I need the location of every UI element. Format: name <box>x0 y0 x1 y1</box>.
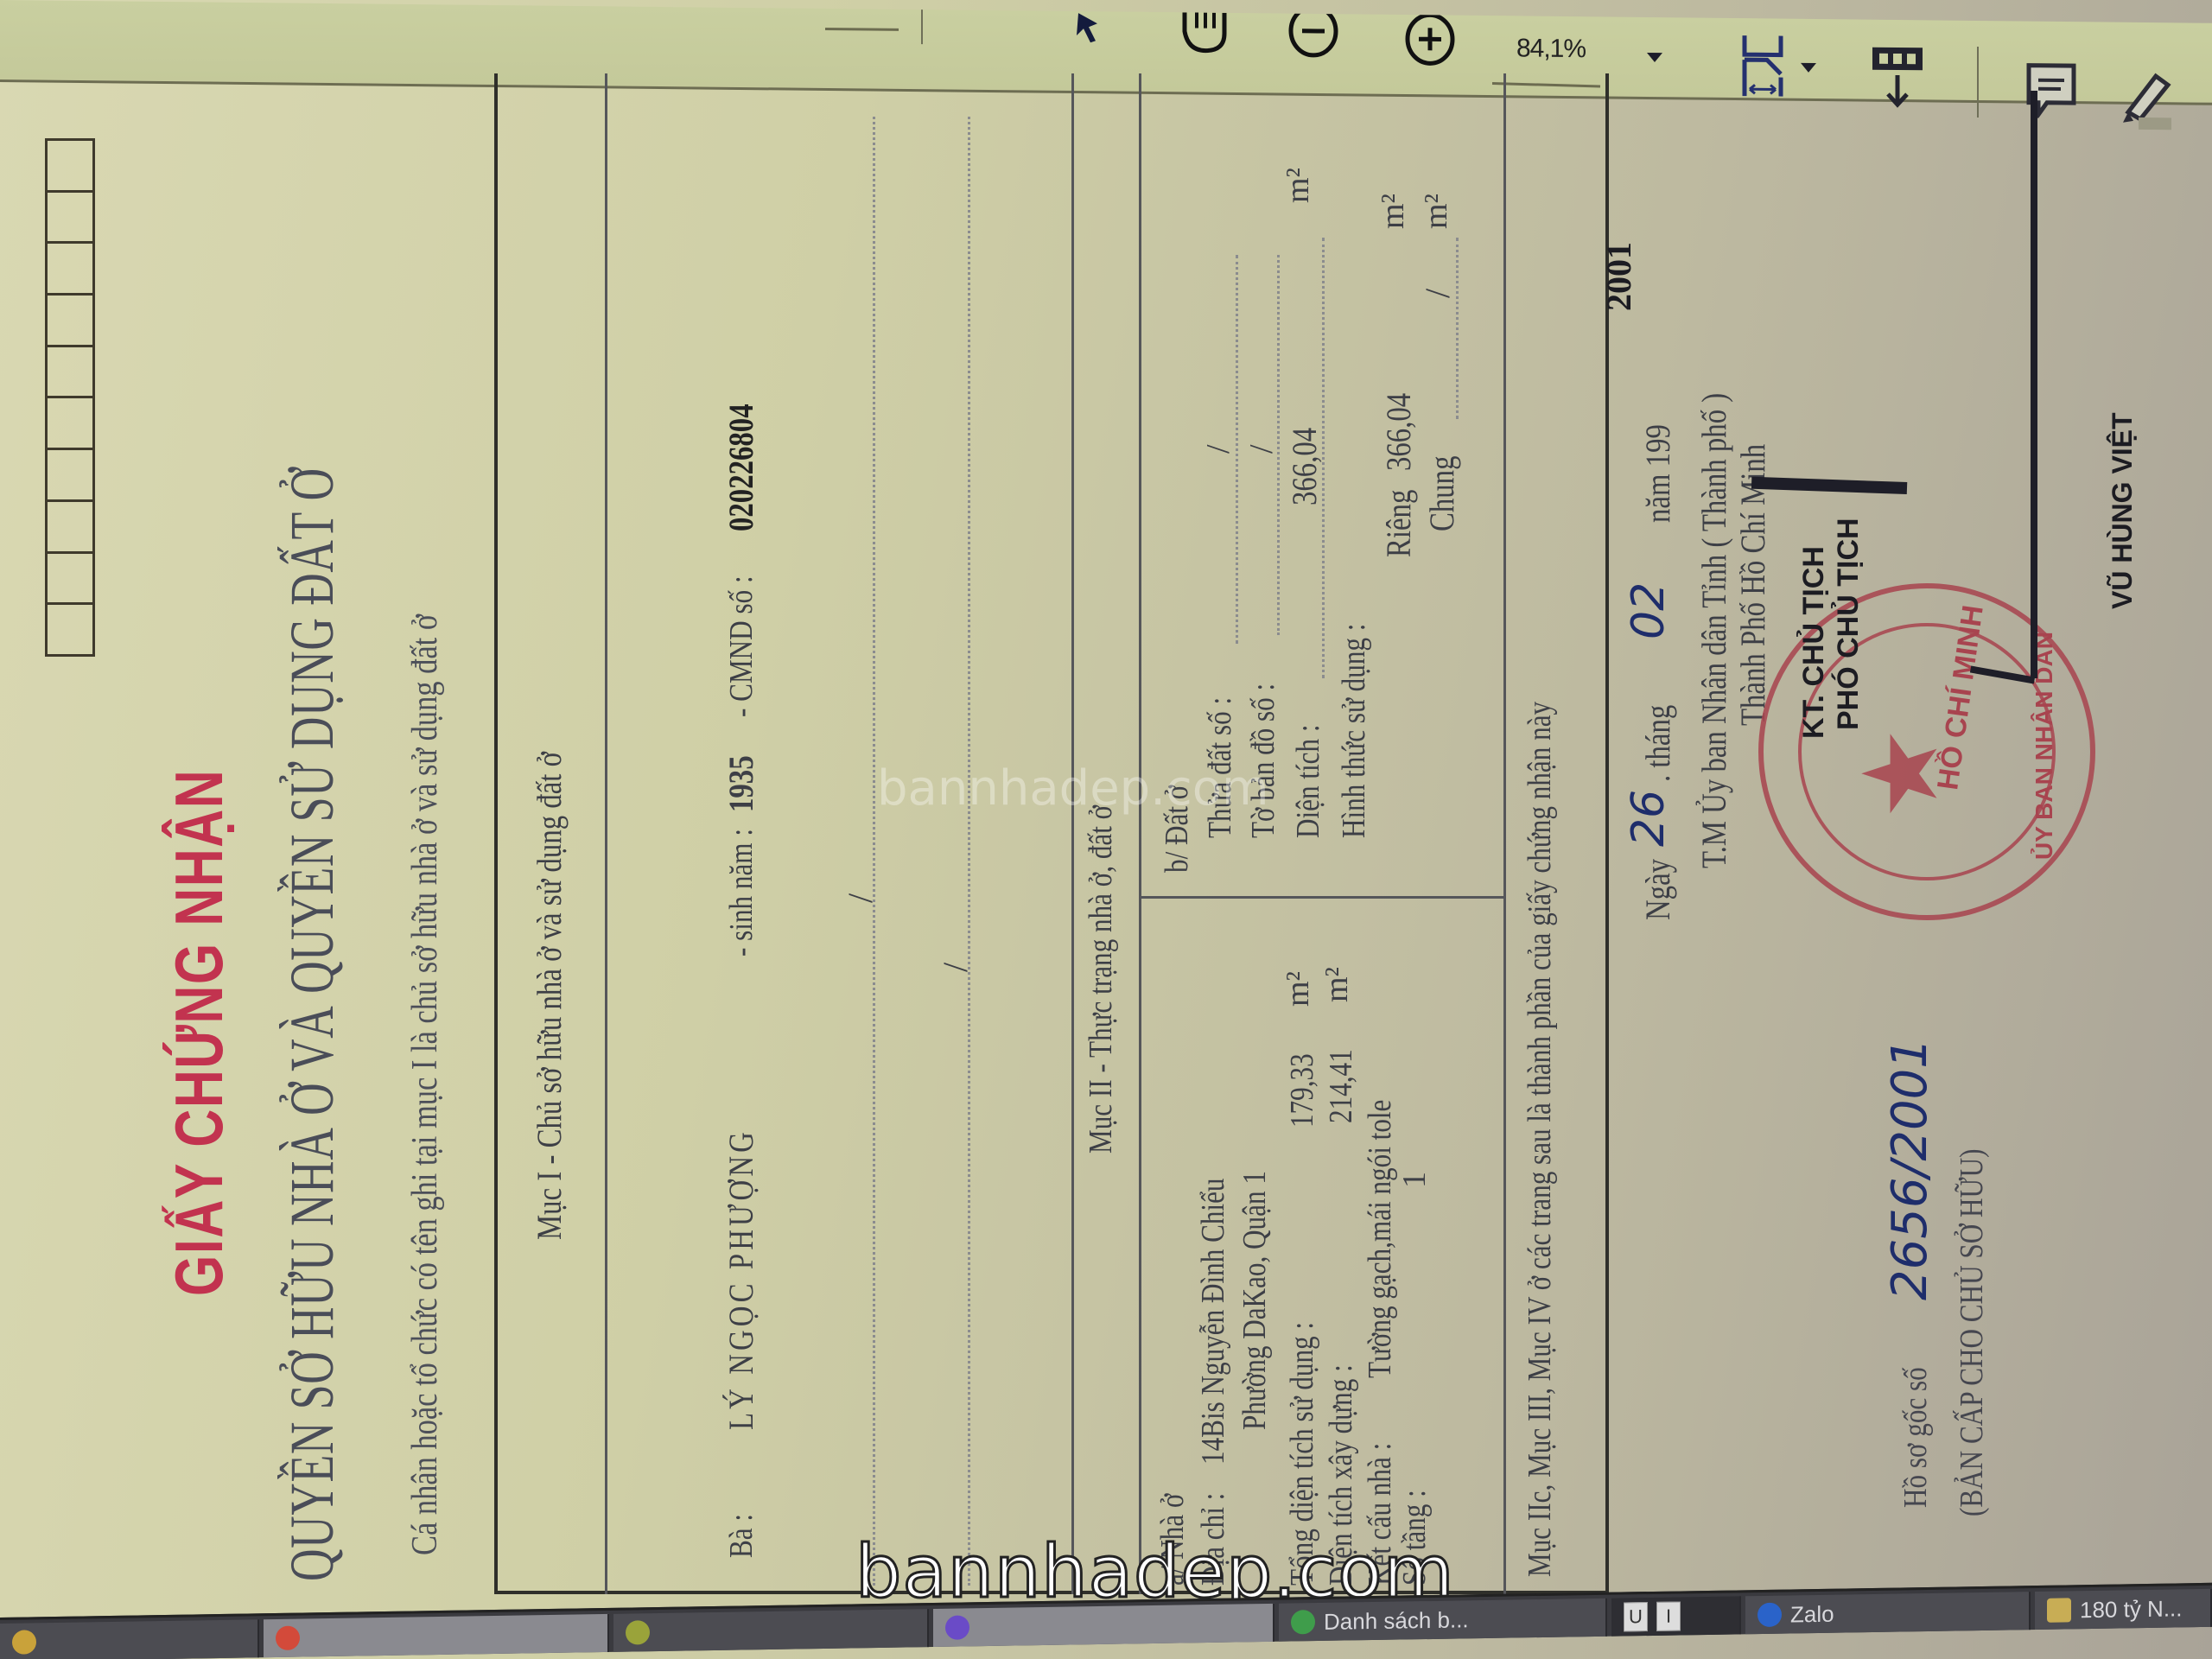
record-number: 2656/2001 <box>1882 1038 1938 1300</box>
date-month-label: . tháng <box>1637 705 1678 782</box>
taskbar-item[interactable] <box>264 1614 609 1657</box>
private-label: Riêng <box>1378 490 1419 557</box>
building-area: 214,41 <box>1322 1049 1360 1123</box>
hand-tool-button[interactable] <box>1171 12 1236 54</box>
divider <box>1071 73 1074 1594</box>
unikey-icon: I <box>1656 1601 1681 1630</box>
certificate-frame <box>494 73 1609 1594</box>
chevron-down-icon <box>1647 52 1662 61</box>
land-area-label: Diện tích : <box>1289 724 1327 838</box>
document-intro: Cá nhân hoặc tổ chức có tên ghi tại mục … <box>404 614 446 1555</box>
section2-header: Mục II - Thực trạng nhà ở, đất ở <box>1082 805 1120 1154</box>
taskbar-item[interactable]: 180 tỷ N... <box>2035 1589 2212 1630</box>
authority-line1: T.M Ủy ban Nhân dân Tỉnh ( Thành phố ) <box>1694 393 1734 868</box>
taskbar-item[interactable] <box>613 1609 929 1652</box>
app-icon <box>626 1620 650 1644</box>
zoom-level-value[interactable]: 84,1% <box>1503 31 1599 67</box>
app-icon <box>12 1630 36 1654</box>
date-year: 2001 <box>1599 242 1639 311</box>
zoom-in-icon <box>1403 15 1457 67</box>
owner-prefix: Bà : <box>722 1514 760 1558</box>
blank-mark: / <box>840 893 880 903</box>
document-title: GIẤY CHỨNG NHẬN <box>160 769 238 1296</box>
hand-icon <box>1176 12 1231 54</box>
floors-value: 1 <box>1395 1172 1433 1188</box>
chrome-icon <box>276 1626 300 1650</box>
taskbar-item-unikey[interactable]: UI <box>1611 1596 1741 1636</box>
cursor-arrow-icon <box>1071 11 1106 46</box>
address-line1: 14Bis Nguyễn Đình Chiểu <box>1194 1178 1232 1465</box>
birth-year: 1935 <box>721 755 761 812</box>
zoom-dropdown-button[interactable] <box>1642 48 1668 66</box>
taskbar-item-zalo[interactable]: Zalo <box>1745 1592 2031 1634</box>
shared-label: Chung <box>1421 456 1462 531</box>
select-tool-button[interactable] <box>1067 11 1110 47</box>
zoom-in-button[interactable] <box>1400 15 1460 67</box>
dotted-line <box>1456 238 1459 419</box>
fit-page-dropdown[interactable] <box>1799 60 1818 74</box>
app-icon <box>1291 1610 1315 1634</box>
divider <box>1139 896 1503 899</box>
copy-note: (BẢN CẤP CHO CHỦ SỞ HỮU) <box>1953 1148 1991 1516</box>
taskbar-item[interactable]: Danh sách b... <box>1279 1599 1607 1642</box>
address-line2: Phường DaKao, Quận 1 <box>1236 1171 1274 1430</box>
watermark-faint: bannhadep.com <box>877 760 1269 817</box>
divider <box>605 73 607 1594</box>
zalo-icon <box>1758 1603 1782 1627</box>
land-area: 366,04 <box>1284 428 1325 505</box>
date-month: 02 <box>1623 582 1675 639</box>
record-label: Hồ sơ gốc số <box>1897 1367 1935 1508</box>
owner-name: LÝ NGỌC PHƯỢNG <box>721 1128 761 1430</box>
date-day: 26 <box>1623 790 1675 847</box>
unit-m2: m² <box>1417 194 1455 229</box>
note-text: Mục IIc, Mục III, Mục IV ở các trang sau… <box>1521 702 1559 1577</box>
unit-m2: m² <box>1318 967 1356 1002</box>
id-label: - CMND số : <box>722 575 760 717</box>
dotted-line <box>873 117 875 1586</box>
signer-title2: PHÓ CHỦ TỊCH <box>1832 518 1866 730</box>
section1-header: Mục I - Chủ sở hữu nhà ở và sử dụng đất … <box>529 752 569 1240</box>
dotted-line <box>968 117 970 1586</box>
toolbar-separator <box>921 10 923 44</box>
chevron-down-icon <box>1801 62 1816 72</box>
taskbar-item[interactable] <box>933 1604 1274 1647</box>
structure-value: Tường gạch,mái ngói tole <box>1361 1100 1399 1378</box>
date-year-label: năm 199 <box>1637 424 1678 523</box>
date-day-label: Ngày <box>1637 859 1678 920</box>
blank-mark: / <box>935 963 976 972</box>
signer-title1: KT. CHỦ TỊCH <box>1797 546 1831 739</box>
folder-icon <box>2047 1598 2071 1622</box>
divider <box>1503 73 1506 1594</box>
signature-stroke <box>1751 477 1907 494</box>
signature-stroke <box>2031 91 2037 678</box>
unikey-icon: U <box>1624 1602 1648 1631</box>
zoom-out-button[interactable] <box>1283 14 1344 60</box>
total-floor-area: 179,33 <box>1283 1053 1321 1128</box>
toolbar-field-underline <box>825 28 899 31</box>
document-subtitle: QUYỀN SỞ HỮU NHÀ Ở VÀ QUYỀN SỬ DỤNG ĐẤT … <box>276 467 348 1581</box>
private-area: 366,04 <box>1378 393 1419 471</box>
unit-m2: m² <box>1279 971 1317 1007</box>
shared-value: / <box>1417 289 1458 298</box>
signer-name: VŨ HÙNG VIỆT <box>2107 412 2139 609</box>
use-form-label: Hình thức sử dụng : <box>1335 624 1373 838</box>
divider <box>1139 73 1141 1594</box>
highlighter-icon <box>2121 73 2173 130</box>
map-value: / <box>1243 444 1281 454</box>
highlight-button[interactable] <box>2121 73 2173 130</box>
certificate-number-boxes <box>45 138 95 657</box>
unit-m2: m² <box>1374 194 1412 229</box>
viber-icon <box>945 1615 969 1639</box>
taskbar-item[interactable] <box>0 1619 259 1659</box>
plot-value: / <box>1199 444 1237 454</box>
unit-m2: m² <box>1279 168 1317 203</box>
birth-label: - sinh năm : <box>722 829 760 957</box>
zoom-out-icon <box>1287 14 1340 60</box>
id-number: 020226804 <box>721 404 761 531</box>
document-page: GIẤY CHỨNG NHẬN QUYỀN SỞ HỮU NHÀ Ở VÀ QU… <box>0 73 2091 1594</box>
